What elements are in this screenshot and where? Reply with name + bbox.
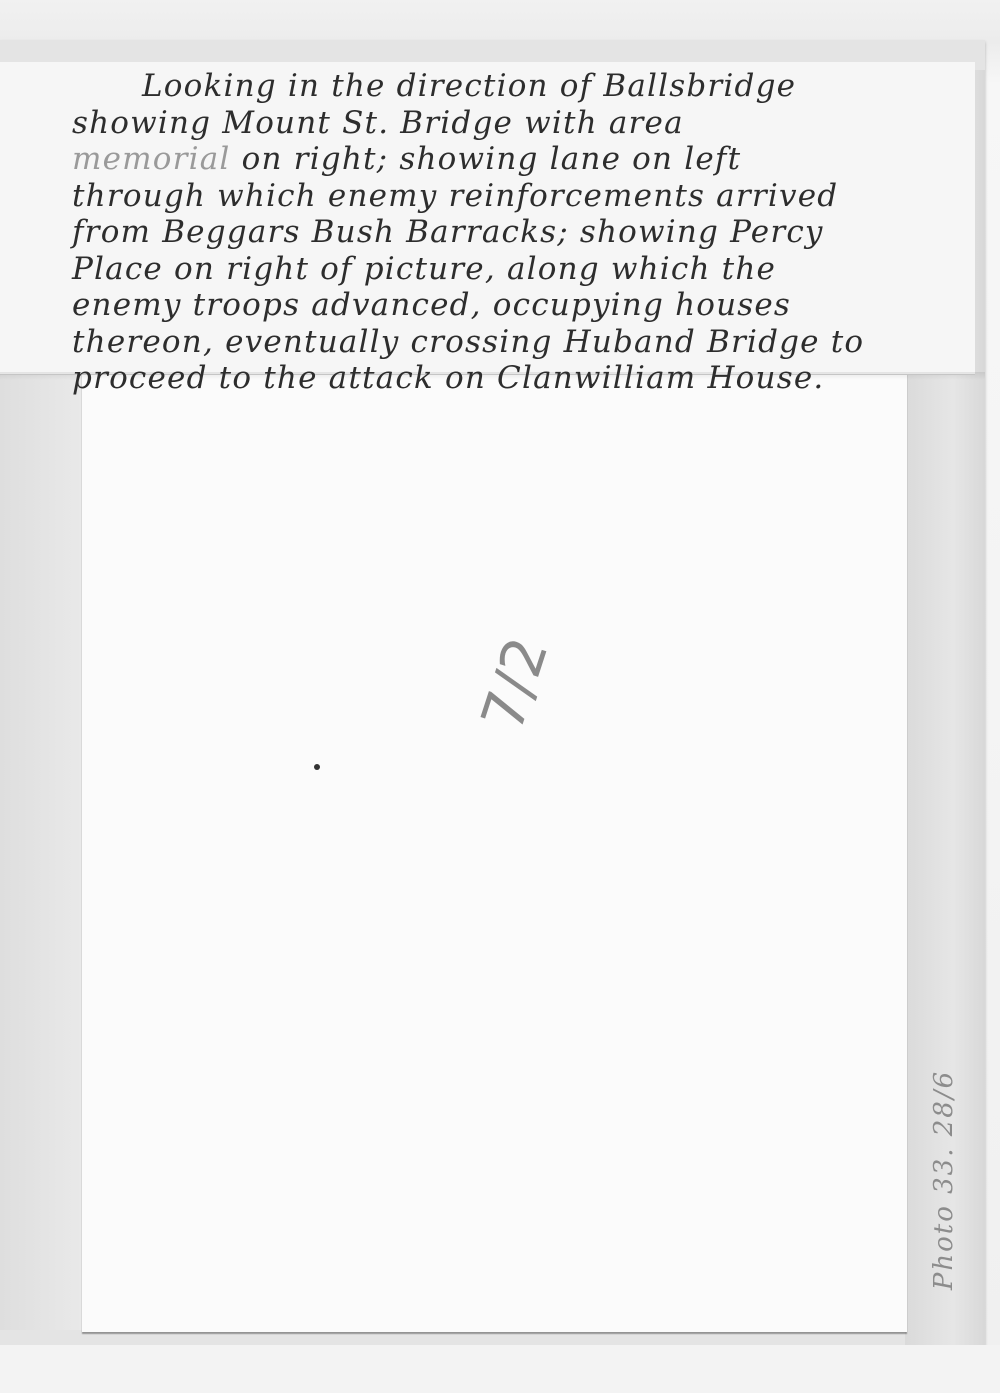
caption-line-rest: on right; showing lane on left bbox=[242, 141, 742, 177]
caption-line-with-faded-word: memorial on right; showing lane on left bbox=[72, 141, 977, 178]
scan-background: Looking in the direction of Ballsbridge … bbox=[0, 0, 1000, 1393]
caption-line: through which enemy reinforcements arriv… bbox=[72, 178, 977, 215]
caption-line: enemy troops advanced, occupying houses bbox=[72, 287, 977, 324]
caption-line: Place on right of picture, along which t… bbox=[72, 251, 977, 288]
caption-line: Looking in the direction of Ballsbridge bbox=[72, 68, 977, 105]
scanner-bed-bottom bbox=[0, 1345, 1000, 1393]
caption-line: thereon, eventually crossing Huband Brid… bbox=[72, 324, 977, 361]
caption-line: proceed to the attack on Clanwilliam Hou… bbox=[72, 360, 977, 397]
faded-word: memorial bbox=[72, 141, 231, 177]
handwritten-caption: Looking in the direction of Ballsbridge … bbox=[72, 68, 977, 397]
photo-card-back bbox=[82, 370, 907, 1332]
ink-dot bbox=[314, 764, 320, 770]
caption-line: from Beggars Bush Barracks; showing Perc… bbox=[72, 214, 977, 251]
rotated-side-note: Photo 33. 28/6 bbox=[929, 1070, 959, 1290]
sleeve-left-edge bbox=[0, 370, 82, 1330]
caption-line: showing Mount St. Bridge with area bbox=[72, 105, 977, 142]
